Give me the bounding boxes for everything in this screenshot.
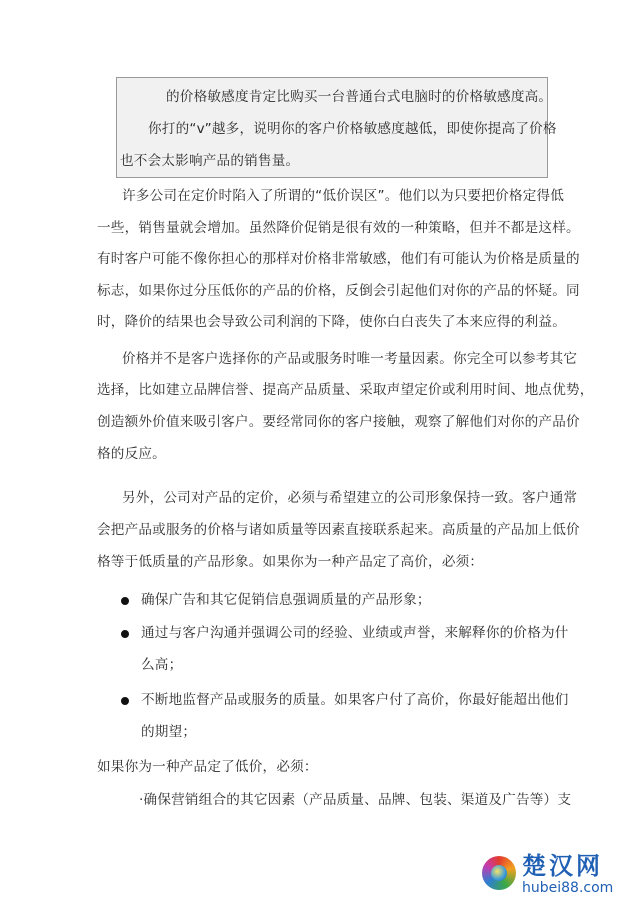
paragraph-line: 有时客户可能不像你担心的那样对价格非常敏感，他们有可能认为价格是质量的 bbox=[97, 251, 580, 267]
paragraph-line: 另外，公司对产品的定价，必须与希望建立的公司形象保持一致。客户通常 bbox=[122, 490, 577, 506]
paragraph-line: 时，降价的结果也会导致公司利润的下降，使你白白丧失了本来应得的利益。 bbox=[97, 314, 566, 330]
bullet-line: 的期望； bbox=[141, 724, 196, 740]
bullet-icon bbox=[121, 597, 129, 605]
globe-icon bbox=[482, 856, 516, 890]
paragraph-line: 创造额外价值来吸引客户。要经常同你的客户接触，观察了解他们对你的产品价 bbox=[97, 414, 580, 430]
paragraph-line: 一些，销售量就会增加。虽然降价促销是很有效的一种策略，但并不都是这样。 bbox=[97, 220, 580, 236]
paragraph-line: 许多公司在定价时陷入了所谓的“低价误区”。他们以为只要把价格定得低 bbox=[122, 188, 564, 204]
quote-line: 的价格敏感度肯定比购买一台普通台式电脑时的价格敏感度高。 bbox=[166, 89, 552, 105]
bullet-line: 么高； bbox=[141, 657, 182, 673]
bullet-icon bbox=[121, 630, 129, 638]
watermark-logo: 楚汉网 hubei88.com bbox=[478, 852, 638, 902]
low-price-item: ·确保营销组合的其它因素（产品质量、品牌、包装、渠道及广告等）支 bbox=[139, 792, 571, 808]
document-page: 的价格敏感度肯定比购买一台普通台式电脑时的价格敏感度高。 你打的“v”越多，说明… bbox=[0, 0, 640, 905]
paragraph-line: 标志，如果你过分压低你的产品的价格，反倒会引起他们对你的产品的怀疑。同 bbox=[97, 283, 580, 299]
bullet-line: 确保广告和其它促销信息强调质量的产品形象； bbox=[141, 592, 431, 608]
watermark-domain: hubei88.com bbox=[522, 880, 613, 896]
quote-line: 也不会太影响产品的销售量。 bbox=[120, 153, 299, 169]
paragraph-line: 会把产品或服务的价格与诸如质量等因素直接联系起来。高质量的产品加上低价 bbox=[97, 522, 580, 538]
bullet-line: 不断地监督产品或服务的质量。如果客户付了高价，你最好能超出他们 bbox=[141, 692, 569, 708]
quote-line: 你打的“v”越多，说明你的客户价格敏感度越低，即使你提高了价格 bbox=[148, 121, 557, 137]
paragraph-line: 格等于低质量的产品形象。如果你为一种产品定了高价，必须： bbox=[97, 554, 483, 570]
paragraph-line: 格的反应。 bbox=[97, 446, 166, 462]
watermark-name: 楚汉网 bbox=[522, 852, 603, 880]
paragraph-line: 选择，比如建立品牌信誉、提高产品质量、采取声望定价或利用时间、地点优势， bbox=[97, 382, 594, 398]
low-price-intro: 如果你为一种产品定了低价，必须： bbox=[97, 759, 318, 775]
bullet-line: 通过与客户沟通并强调公司的经验、业绩或声誉，来解释你的价格为什 bbox=[141, 625, 569, 641]
globe-inner bbox=[491, 865, 507, 881]
paragraph-line: 价格并不是客户选择你的产品或服务时唯一考量因素。你完全可以参考其它 bbox=[122, 351, 577, 367]
bullet-icon bbox=[121, 697, 129, 705]
